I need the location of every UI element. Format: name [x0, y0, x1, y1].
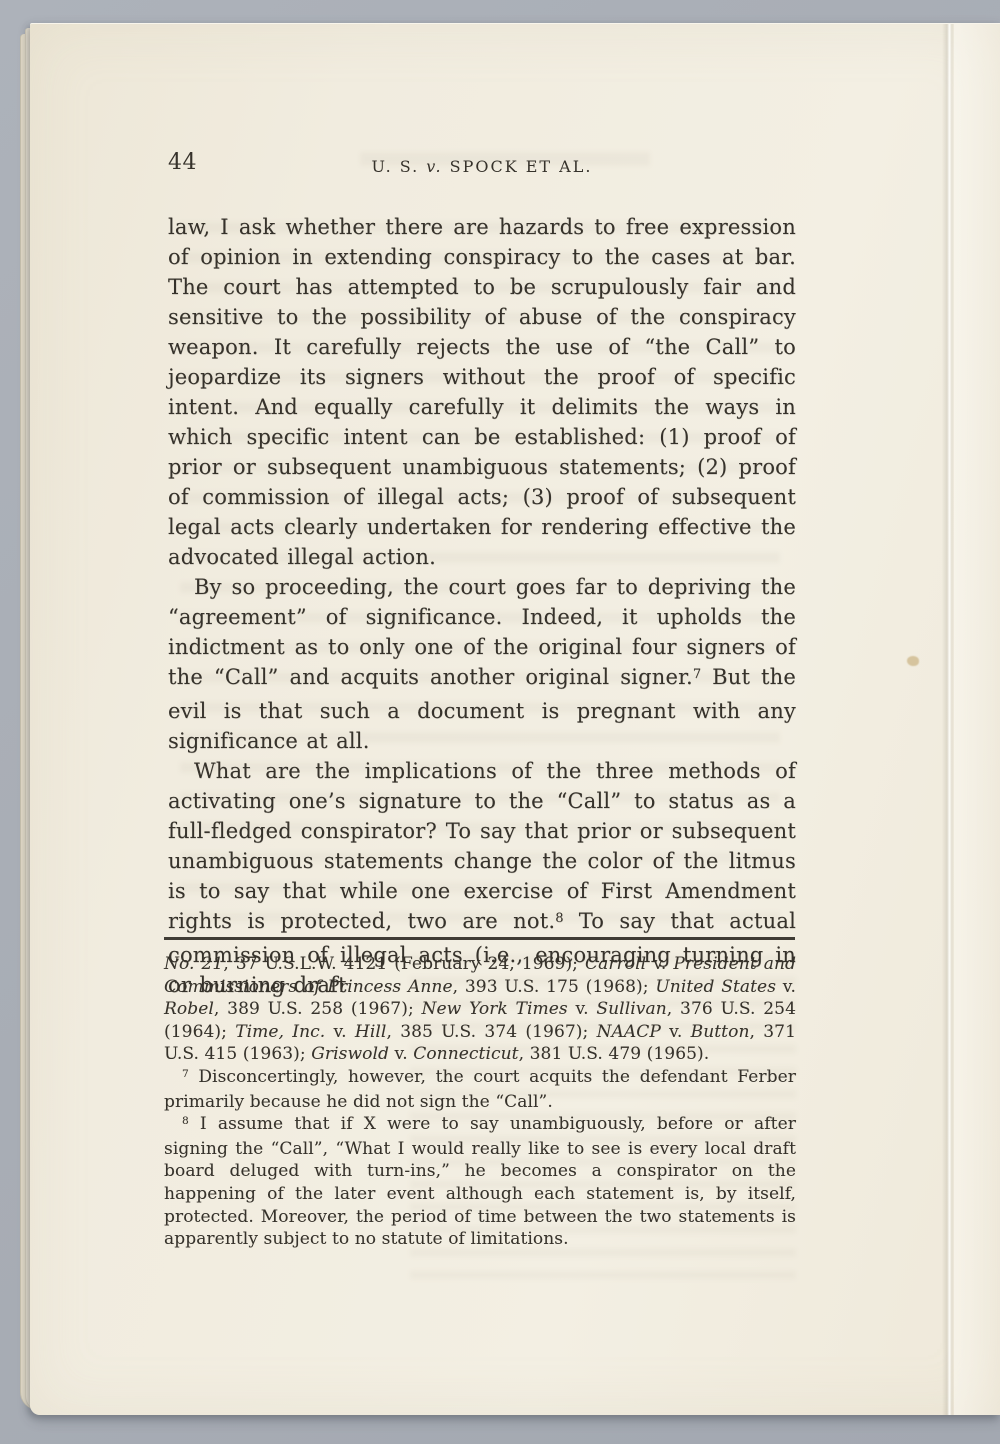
footnote-7: 7 Disconcertingly, however, the court ac…	[164, 1066, 796, 1113]
footnote-section: No. 21, 37 U.S.L.W. 4121 (February 24, 1…	[164, 953, 796, 1251]
footnote-8: 8 I assume that if X were to say unambig…	[164, 1113, 796, 1251]
body-paragraph: law, I ask whether there are hazards to …	[168, 212, 796, 572]
book-page: 44 U. S. v. SPOCK ET AL. law, I ask whet…	[30, 23, 1000, 1415]
body-text: law, I ask whether there are hazards to …	[168, 212, 796, 1000]
footnote-rule	[164, 937, 795, 940]
footnote-continuation: No. 21, 37 U.S.L.W. 4121 (February 24, 1…	[164, 953, 796, 1066]
page-content: 44 U. S. v. SPOCK ET AL. law, I ask whet…	[30, 24, 1000, 1415]
scan-background: 44 U. S. v. SPOCK ET AL. law, I ask whet…	[0, 0, 1000, 1444]
body-paragraph: By so proceeding, the court goes far to …	[168, 572, 796, 756]
running-head: U. S. v. SPOCK ET AL.	[168, 157, 796, 176]
